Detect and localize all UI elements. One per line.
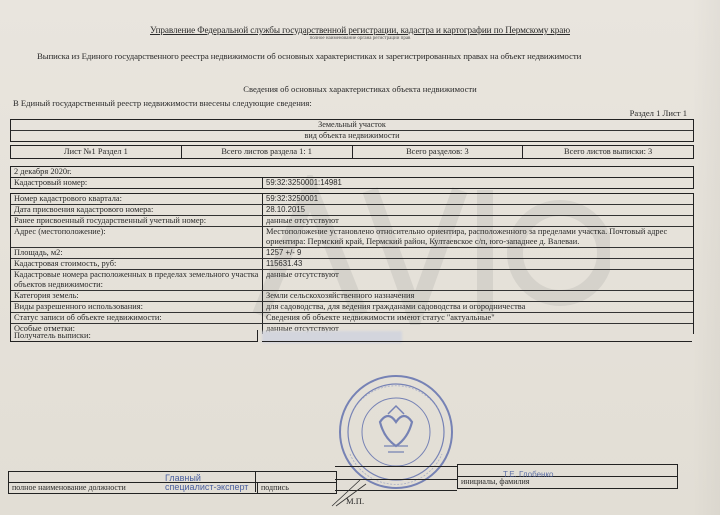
signature-divider (255, 471, 256, 492)
table-row: Площадь, м2:1257 +/- 9 (11, 248, 693, 259)
field-label: Категория земель: (11, 291, 263, 301)
field-label: Статус записи об объекте недвижимости: (11, 313, 263, 323)
field-value: Земли сельскохозяйственного назначения (263, 291, 693, 301)
field-label: Адрес (местоположение): (11, 227, 263, 247)
cadastral-number-row: Кадастровый номер: 59:32:3250001:14981 (11, 178, 693, 188)
name-row-bottom: инициалы, фамилия Т.Е. Глобенко (458, 477, 677, 488)
sheet-info-bar: Лист №1 Раздел 1 Всего листов раздела 1:… (10, 145, 694, 159)
table-row: Дата присвоения кадастрового номера:28.1… (11, 205, 693, 216)
signature-caption: подпись (257, 483, 336, 493)
extract-date: 2 декабря 2020г. (11, 167, 693, 178)
field-value: 1257 +/- 9 (263, 248, 693, 258)
table-row: Статус записи об объекте недвижимости:Св… (11, 313, 693, 324)
table-row: Адрес (местоположение):Местоположение ус… (11, 227, 693, 248)
recipient-label: Получатель выписки: (10, 330, 258, 342)
field-value: 59:32:3250001 (263, 194, 693, 204)
name-row-top (458, 465, 677, 477)
characteristics-table: Номер кадастрового квартала:59:32:325000… (10, 193, 694, 334)
table-row: Виды разрешенного использования:для садо… (11, 302, 693, 313)
field-value: для садоводства, для ведения гражданами … (263, 302, 693, 312)
field-label: Кадастровая стоимость, руб: (11, 259, 263, 269)
position-value: Главный специалист-эксперт (165, 474, 248, 492)
field-value: данные отсутствуют (263, 270, 693, 290)
table-row: Ранее присвоенный государственный учетны… (11, 216, 693, 227)
table-row: Кадастровая стоимость, руб:115631.43 (11, 259, 693, 270)
page-edge-shadow (692, 0, 720, 515)
position-caption: полное наименование должности (9, 483, 175, 493)
date-cadastral-box: 2 декабря 2020г. Кадастровый номер: 59:3… (10, 166, 694, 189)
table-row: Номер кадастрового квартала:59:32:325000… (11, 194, 693, 205)
table-bottom-line (262, 341, 692, 342)
signature-line-top (335, 466, 457, 467)
object-type-box: Земельный участок вид объекта недвижимос… (10, 119, 694, 142)
object-type-caption: вид объекта недвижимости (301, 131, 402, 141)
sheet-number: Лист №1 Раздел 1 (11, 146, 182, 158)
field-label: Виды разрешенного использования: (11, 302, 263, 312)
field-value: Сведения об объекте недвижимости имеют с… (263, 313, 693, 323)
organization-name: Управление Федеральной службы государств… (0, 25, 720, 35)
cadastral-number-value: 59:32:3250001:14981 (263, 178, 693, 188)
seal-mark-label: М.П. (346, 496, 364, 506)
intro-text: В Единый государственный реестр недвижим… (13, 98, 312, 108)
object-type-caption-row: вид объекта недвижимости (11, 131, 693, 141)
field-value: 28.10.2015 (263, 205, 693, 215)
table-row: Категория земель:Земли сельскохозяйствен… (11, 291, 693, 302)
position-value-line2: специалист-эксперт (165, 483, 248, 492)
field-label: Ранее присвоенный государственный учетны… (11, 216, 263, 226)
object-type-row: Земельный участок (11, 120, 693, 131)
field-value: Местоположение установлено относительно … (263, 227, 693, 247)
total-sections: Всего разделов: 3 (353, 146, 524, 158)
field-label: Номер кадастрового квартала: (11, 194, 263, 204)
total-section-sheets: Всего листов раздела 1: 1 (182, 146, 353, 158)
name-value: Т.Е. Глобенко (503, 470, 554, 480)
field-label: Кадастровые номера расположенных в преде… (11, 270, 263, 290)
organization-caption: полное наименование органа регистрации п… (0, 36, 720, 41)
section-title: Сведения об основных характеристиках объ… (0, 84, 720, 94)
section-sheet-label: Раздел 1 Лист 1 (630, 108, 687, 118)
field-value: 115631.43 (263, 259, 693, 269)
cadastral-number-label: Кадастровый номер: (11, 178, 263, 188)
field-value: данные отсутствуют (263, 216, 693, 226)
table-row: Кадастровые номера расположенных в преде… (11, 270, 693, 291)
field-label: Площадь, м2: (11, 248, 263, 258)
object-type: Земельный участок (315, 120, 389, 130)
name-table: инициалы, фамилия Т.Е. Глобенко (457, 464, 678, 489)
total-extract-sheets: Всего листов выписки: 3 (523, 146, 693, 158)
extract-title: Выписка из Единого государственного реес… (37, 51, 581, 61)
field-label: Дата присвоения кадастрового номера: (11, 205, 263, 215)
